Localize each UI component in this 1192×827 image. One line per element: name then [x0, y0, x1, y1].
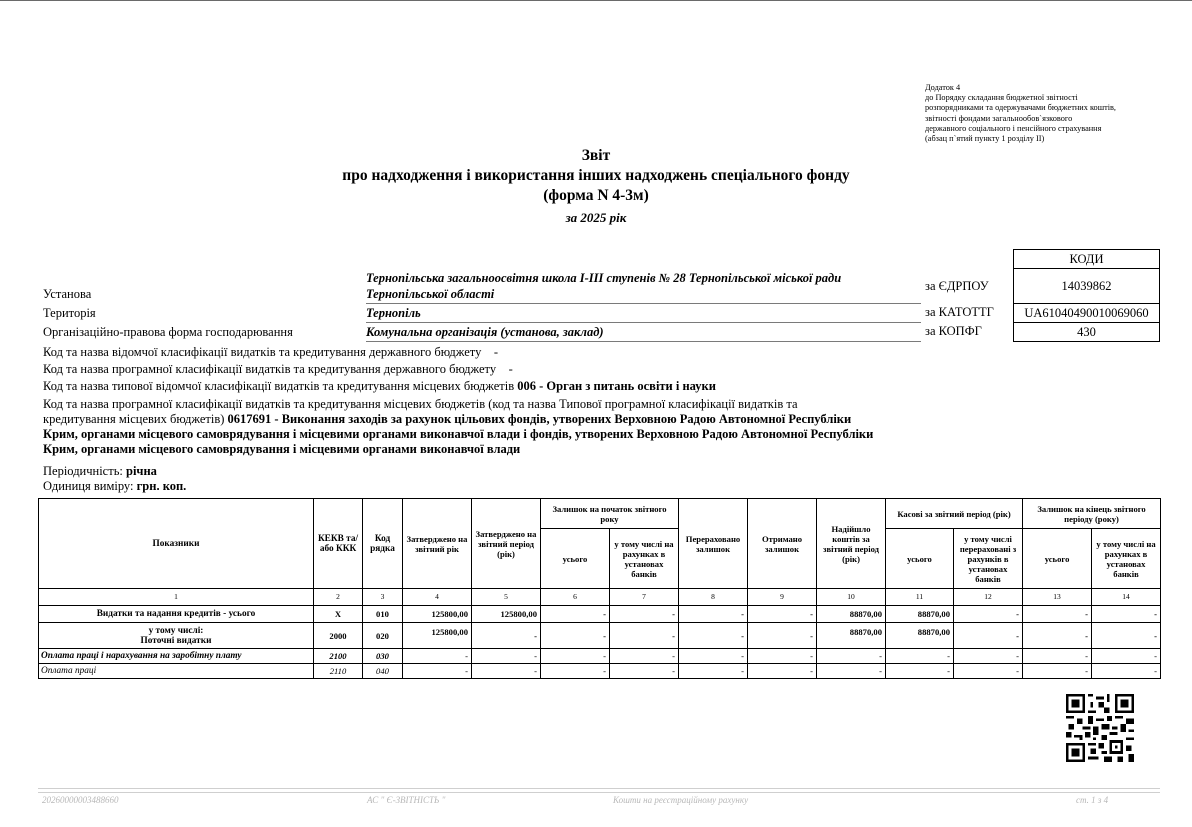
state-prog-classification: Код та назва програмної класифікації вид… [43, 361, 513, 377]
territory-underline [366, 322, 921, 323]
header-approved-period: Затверджено на звітний період (рік) [472, 499, 541, 589]
institution-name-line1: Тернопільська загальноосвітня школа І-ІІ… [366, 271, 841, 286]
local-prog-label-line2: кредитування місцевих бюджетів) [43, 412, 224, 426]
local-dept-value: 006 - Орган з питань освіти і науки [517, 379, 716, 393]
local-prog-value-line1: 0617691 - Виконання заходів за рахунок ц… [228, 412, 852, 426]
unit-value: грн. коп. [137, 479, 187, 493]
report-title: Звіт [0, 147, 1192, 165]
footer-page-number: ст. 1 з 4 [1076, 795, 1108, 805]
periodicity-label: Періодичність: [43, 464, 123, 478]
local-dept-classification: Код та назва типової відомчої класифікац… [43, 378, 716, 394]
katottg-code: UA61040490010069060 [1013, 303, 1160, 323]
local-prog-value-line3: Крим, органами місцевого самоврядування … [43, 441, 520, 457]
row-label: Оплата праці [39, 664, 314, 679]
report-subtitle: про надходження і використання інших над… [0, 167, 1192, 185]
header-cash-banks: у тому числі перераховані з рахунків в у… [954, 529, 1023, 589]
row-label: Видатки та надання кредитів - усього [39, 606, 314, 623]
kopfg-label: за КОПФГ [925, 324, 982, 339]
institution-name-line2: Тернопільської області [366, 287, 494, 302]
footer-divider [38, 792, 1160, 793]
table-row: Видатки та надання кредитів - усього X 0… [39, 606, 1161, 623]
table-row: Оплата праці і нарахування на заробітну … [39, 649, 1161, 664]
territory-value: Тернопіль [366, 306, 421, 321]
report-form-number: (форма N 4-3м) [0, 187, 1192, 205]
header-indicators: Показники [39, 499, 314, 589]
legal-form-label: Організаційно-правова форма господарюван… [43, 325, 293, 340]
header-approved-year: Затверджено на звітний рік [403, 499, 472, 589]
header-balance-end: Залишок на кінець звітного періоду (року… [1023, 499, 1161, 529]
header-balance-start-banks: у тому числі на рахунках в установах бан… [610, 529, 679, 589]
edrpou-code: 14039862 [1013, 268, 1160, 304]
legal-form-underline [366, 341, 921, 342]
local-prog-value-line2: Крим, органами місцевого самоврядування … [43, 426, 873, 442]
header-balance-end-total: усього [1023, 529, 1092, 589]
state-dept-label: Код та назва відомчої класифікації видат… [43, 345, 481, 359]
state-dept-classification: Код та назва відомчої класифікації видат… [43, 344, 498, 360]
report-table: Показники КЕКВ та/або ККК Код рядка Затв… [38, 498, 1161, 679]
legal-form-value: Комунальна організація (установа, заклад… [366, 325, 604, 340]
column-numbers-row: 1 2 3 4 5 6 7 8 9 10 11 12 13 14 [39, 589, 1161, 606]
state-prog-label: Код та назва програмної класифікації вид… [43, 362, 496, 376]
report-period: за 2025 рік [0, 210, 1192, 226]
header-balance-start-total: усього [541, 529, 610, 589]
row-label: Оплата праці і нарахування на заробітну … [39, 649, 314, 664]
unit-of-measure: Одиниця виміру: грн. коп. [43, 478, 186, 494]
qr-code-icon [1066, 694, 1134, 762]
header-balance-start: Залишок на початок звітного року [541, 499, 679, 529]
footer-account: Кошти на реєстраційному рахунку [613, 795, 748, 805]
institution-underline [366, 303, 921, 304]
footer-doc-id: 20260000003488660 [42, 795, 119, 805]
footer-system: АС " Є-ЗВІТНІСТЬ " [367, 795, 445, 805]
table-row: Оплата праці 2110 040 - - - - - - - - - … [39, 664, 1161, 679]
row-label: у тому числі:Поточні видатки [39, 623, 314, 649]
territory-label: Територія [43, 306, 96, 321]
periodicity: Періодичність: річна [43, 463, 157, 479]
header-cash: Касові за звітний період (рік) [886, 499, 1023, 529]
edrpou-label: за ЄДРПОУ [925, 279, 989, 294]
codes-header: КОДИ [1013, 249, 1160, 269]
institution-label: Установа [43, 287, 91, 302]
header-balance-end-banks: у тому числі на рахунках в установах бан… [1092, 529, 1161, 589]
header-received-balance: Отримано залишок [748, 499, 817, 589]
state-prog-value: - [509, 362, 513, 376]
katottg-label: за КАТОТТГ [925, 305, 994, 320]
local-prog-label-line1: Код та назва програмної класифікації вид… [43, 396, 798, 412]
top-border [0, 0, 1192, 1]
periodicity-value: річна [126, 464, 157, 478]
header-kekv: КЕКВ та/або ККК [314, 499, 363, 589]
footer-divider [38, 788, 1160, 789]
table-row: у тому числі:Поточні видатки 2000 020 12… [39, 623, 1161, 649]
unit-label: Одиниця виміру: [43, 479, 133, 493]
header-received-funds: Надійшло коштів за звітний період (рік) [817, 499, 886, 589]
kopfg-code: 430 [1013, 322, 1160, 342]
local-prog-line2: кредитування місцевих бюджетів) 0617691 … [43, 411, 851, 427]
local-dept-label: Код та назва типової відомчої класифікац… [43, 379, 514, 393]
header-transferred-balance: Перераховано залишок [679, 499, 748, 589]
header-row-code: Код рядка [363, 499, 403, 589]
appendix-note: Додаток 4 до Порядку складання бюджетної… [925, 83, 1116, 144]
state-dept-value: - [494, 345, 498, 359]
header-cash-total: усього [886, 529, 954, 589]
